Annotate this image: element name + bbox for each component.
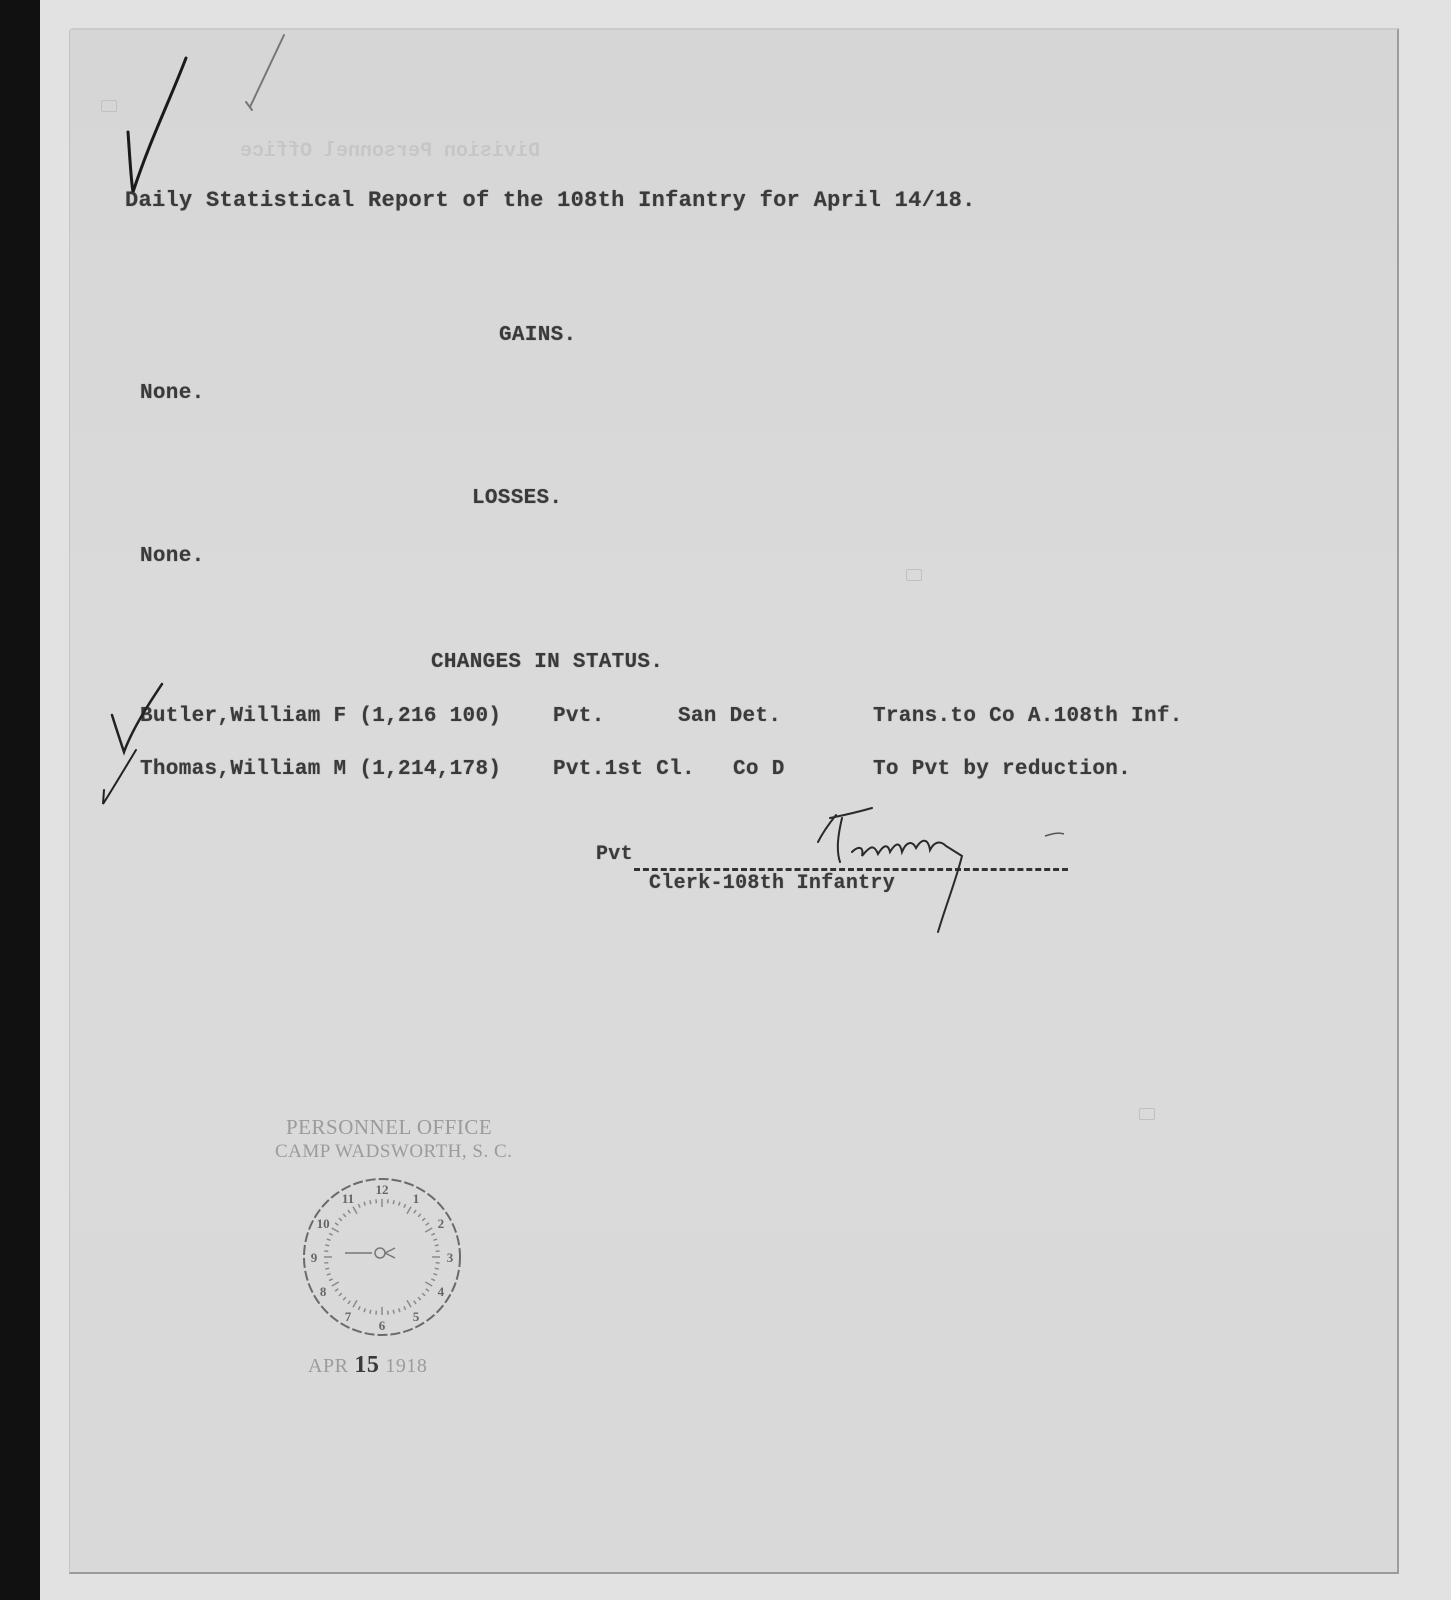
stamp-date-day: 15 <box>354 1352 379 1378</box>
soldier-name-number: Butler,William F (1,216 100) <box>140 705 501 728</box>
svg-text:2: 2 <box>438 1216 445 1231</box>
soldier-unit: Co D <box>733 758 785 781</box>
svg-text:6: 6 <box>379 1318 386 1333</box>
archive-mark <box>101 100 117 112</box>
section-heading-changes-in-status: CHANGES IN STATUS. <box>431 651 663 674</box>
svg-text:12: 12 <box>376 1182 389 1197</box>
stamp-camp-line: CAMP WADSWORTH, S. C. <box>275 1141 512 1163</box>
svg-text:7: 7 <box>345 1309 352 1324</box>
stamp-date-year: 1918 <box>385 1355 427 1377</box>
archive-mark <box>1139 1108 1155 1120</box>
signer-title: Clerk-108th Infantry <box>649 872 895 895</box>
soldier-grade: Pvt. <box>553 705 605 728</box>
clock-stamp-icon: 121234567891011 <box>300 1175 465 1340</box>
svg-text:4: 4 <box>438 1284 445 1299</box>
stamp-date: APR151918 <box>308 1352 427 1379</box>
gains-body: None. <box>140 382 205 405</box>
status-action: To Pvt by reduction. <box>873 758 1131 781</box>
svg-text:1: 1 <box>413 1191 420 1206</box>
svg-text:10: 10 <box>317 1216 330 1231</box>
stamp-date-month: APR <box>308 1355 348 1377</box>
bleed-through-text: Division Personnel Office <box>240 140 540 163</box>
stamp-office-line: PERSONNEL OFFICE <box>286 1115 492 1140</box>
svg-text:8: 8 <box>320 1284 327 1299</box>
status-action: Trans.to Co A.108th Inf. <box>873 705 1183 728</box>
scanner-edge <box>0 0 40 1600</box>
report-title: Daily Statistical Report of the 108th In… <box>125 188 976 213</box>
svg-text:3: 3 <box>447 1250 454 1265</box>
soldier-grade: Pvt.1st Cl. <box>553 758 695 781</box>
svg-text:9: 9 <box>311 1250 318 1265</box>
signer-grade: Pvt <box>596 843 633 866</box>
svg-text:5: 5 <box>413 1309 420 1324</box>
soldier-name-number: Thomas,William M (1,214,178) <box>140 758 501 781</box>
soldier-unit: San Det. <box>678 705 781 728</box>
signature-line <box>634 868 1068 871</box>
svg-text:11: 11 <box>342 1191 354 1206</box>
archive-mark <box>906 569 922 581</box>
losses-body: None. <box>140 545 205 568</box>
document-page <box>69 28 1399 1574</box>
section-heading-losses: LOSSES. <box>472 487 562 510</box>
section-heading-gains: GAINS. <box>499 324 576 347</box>
